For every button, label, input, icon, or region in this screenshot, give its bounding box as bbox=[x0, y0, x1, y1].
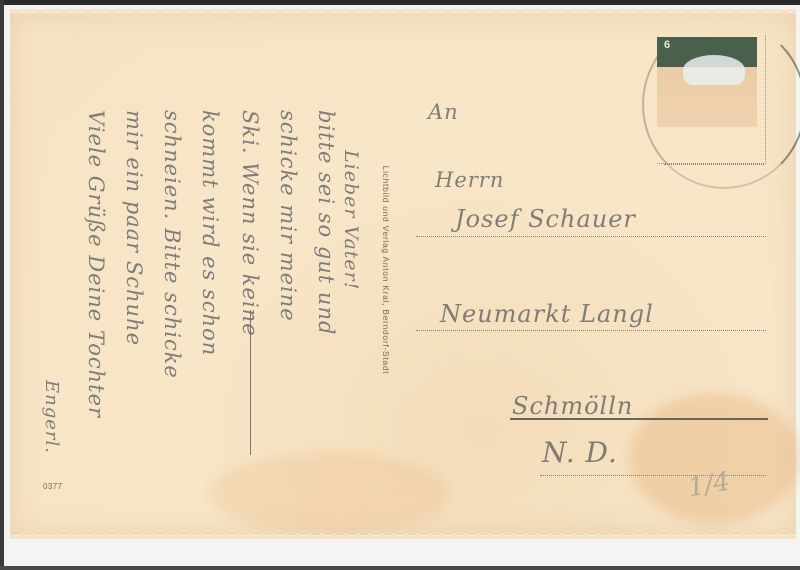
address-prefix: An bbox=[428, 100, 459, 124]
message-line: schneien. Bitte schicke bbox=[160, 110, 184, 379]
message-line: kommt wird es schon bbox=[198, 110, 222, 356]
paper-stain bbox=[210, 453, 450, 533]
message-line: schicke mir meine bbox=[276, 110, 300, 322]
postage-stamp: 6 bbox=[657, 37, 757, 127]
address-line bbox=[416, 236, 766, 237]
underline-mark bbox=[250, 310, 251, 455]
scan-border-bottom bbox=[0, 566, 800, 570]
message-line: Ski. Wenn sie keine bbox=[238, 110, 262, 337]
strikethrough-line bbox=[510, 418, 768, 420]
address-city-struck: Schmölln bbox=[512, 392, 633, 420]
paper-stain bbox=[630, 393, 800, 523]
address-line bbox=[416, 330, 766, 331]
message-line: Viele Grüße Deine Tochter bbox=[84, 110, 108, 418]
message-salutation: Lieber Vater! bbox=[340, 150, 362, 290]
address-line bbox=[540, 475, 766, 476]
message-line: bitte sei so gut und bbox=[314, 110, 338, 335]
message-line: mir ein paar Schuhe bbox=[122, 110, 146, 346]
scan-border-left bbox=[0, 0, 4, 570]
scan-border-top bbox=[0, 0, 800, 5]
address-line-short bbox=[664, 164, 764, 165]
address-name: Josef Schauer bbox=[455, 205, 636, 233]
stamp-figure-icon bbox=[683, 55, 745, 85]
publisher-imprint: Lichtbild und Verlag Anton Kral, Berndor… bbox=[381, 166, 391, 375]
card-number: 0377 bbox=[43, 482, 62, 491]
address-title: Herrn bbox=[435, 168, 504, 192]
stamp-value: 6 bbox=[664, 39, 670, 51]
message-signature: Engerl. bbox=[41, 380, 62, 454]
address-region: N. D. bbox=[542, 436, 618, 469]
address-street: Neumarkt Langl bbox=[440, 300, 654, 328]
